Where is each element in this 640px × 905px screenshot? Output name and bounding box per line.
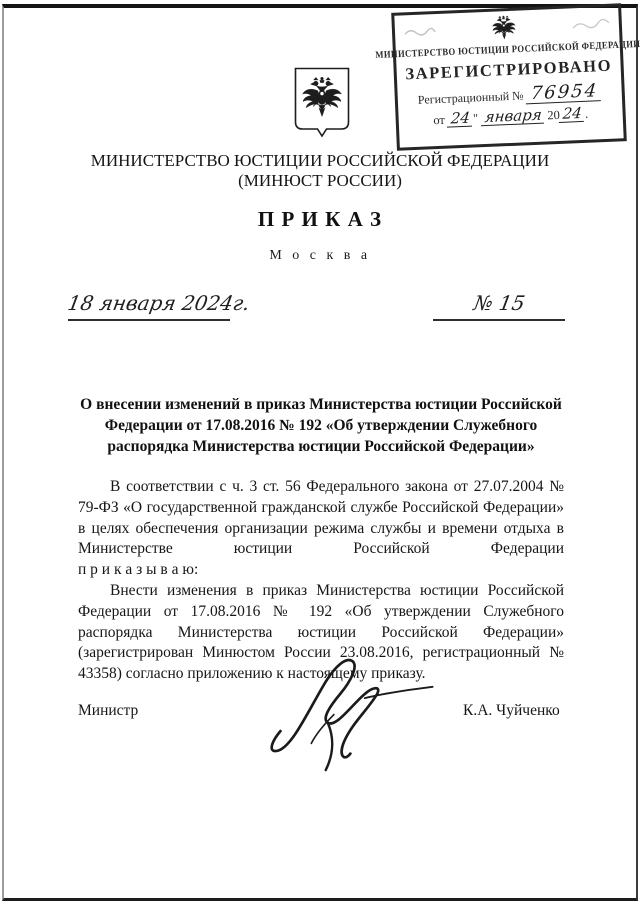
stamp-eagle-icon (490, 14, 517, 43)
stamp-date-year-written: 24 (559, 106, 586, 123)
stamp-date-line: от 24" января 2024. (433, 106, 588, 128)
body-paragraph-1: В соответствии с ч. 3 ст. 56 Федеральног… (78, 477, 564, 560)
document-page: МИНИСТЕРСТВО ЮСТИЦИИ РОССИЙСКОЙ ФЕДЕРАЦИ… (0, 0, 640, 905)
order-word: п р и к а з ы в а ю: (78, 560, 564, 581)
document-number-handwritten: № 15 (471, 288, 527, 318)
stamp-reg-number-label: Регистрационный № (418, 88, 524, 106)
stamp-smudge-right (571, 18, 611, 32)
signer-name: К.А. Чуйченко (463, 702, 560, 720)
document-date-handwritten: 18 января 2024г. (65, 288, 252, 318)
stamp-reg-number-value: 76954 (526, 82, 603, 104)
stamp-date-day: 24 (447, 111, 474, 128)
stamp-date-quote: " (473, 111, 479, 125)
document-type-heading: П Р И К А З (0, 207, 640, 232)
stamp-smudge-left (403, 25, 437, 38)
stamp-date-month: января (480, 108, 545, 127)
coat-of-arms-icon (293, 66, 351, 148)
stamp-date-prefix: от (433, 113, 445, 127)
registration-stamp: МИНИСТЕРСТВО ЮСТИЦИИ РОССИЙСКОЙ ФЕДЕРАЦИ… (391, 3, 627, 151)
signer-position: Министр (78, 702, 138, 720)
order-subject: О внесении изменений в приказ Министерст… (80, 394, 562, 457)
ministry-title-line2: (МИНЮСТ РОССИИ) (0, 171, 640, 191)
ministry-title: МИНИСТЕРСТВО ЮСТИЦИИ РОССИЙСКОЙ ФЕДЕРАЦИ… (0, 151, 640, 191)
coat-of-arms-emblem (293, 66, 351, 148)
city-label: М о с к в а (0, 248, 640, 264)
document-number-field: № 15 (433, 288, 565, 321)
minister-signature-icon (262, 650, 447, 775)
ministry-title-line1: МИНИСТЕРСТВО ЮСТИЦИИ РОССИЙСКОЙ ФЕДЕРАЦИ… (0, 151, 640, 171)
document-date-field: 18 января 2024г. (68, 288, 230, 321)
